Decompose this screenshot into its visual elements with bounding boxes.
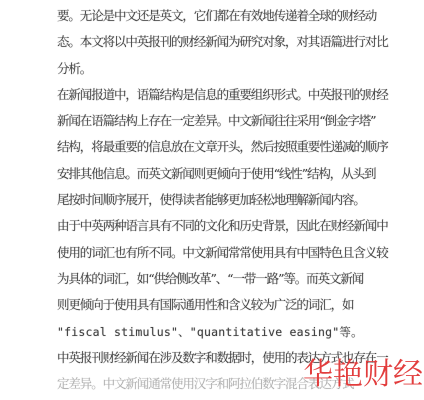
text-line: 使用的词汇也有所不同。中文新闻常常使用具有中国特色且含义较: [57, 240, 377, 266]
text-line: 态。本文将以中英报刊的财经新闻为研究对象，对其语篇进行对比: [57, 29, 377, 55]
text-line: 在新闻报道中，语篇结构是信息的重要组织形式。中英报刊的财经: [57, 82, 377, 108]
document-page: 要。无论是中文还是英文，它们都在有效地传递着全球的财经动 态。本文将以中英报刊的…: [0, 0, 424, 400]
text-line: 为具体的词汇，如“供给侧改革”、“一带一路”等。而英文新闻: [57, 266, 377, 292]
article-text-column: 要。无论是中文还是英文，它们都在有效地传递着全球的财经动 态。本文将以中英报刊的…: [57, 3, 377, 397]
text-line: 要。无论是中文还是英文，它们都在有效地传递着全球的财经动: [57, 3, 377, 29]
text-line: 分析。: [57, 56, 377, 82]
text-line-english-terms: "fiscal stimulus"、"quantitative easing"等…: [57, 319, 377, 345]
text-line: 由于中英两种语言具有不同的文化和历史背景，因此在财经新闻中: [57, 213, 377, 239]
text-line: 尾按时间顺序展开，使得读者能够更加轻松地理解新闻内容。: [57, 187, 377, 213]
text-line: 则更倾向于使用具有国际通用性和含义较为广泛的词汇，如: [57, 292, 377, 318]
text-line: 新闻在语篇结构上存在一定差异。中文新闻往往采用“倒金字塔”: [57, 108, 377, 134]
text-line: 结构，将最重要的信息放在文章开头，然后按照重要性递减的顺序: [57, 134, 377, 160]
watermark: 华艳财经: [303, 358, 423, 392]
text-line: 安排其他信息。而英文新闻则更倾向于使用“线性”结构，从头到: [57, 161, 377, 187]
